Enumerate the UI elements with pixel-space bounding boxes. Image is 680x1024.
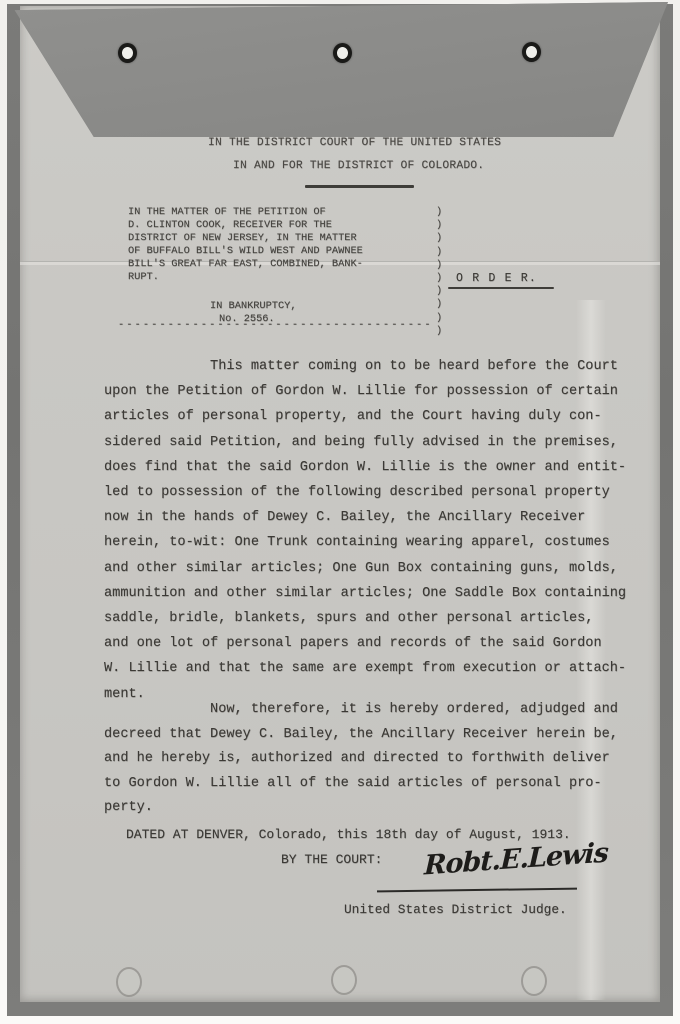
dark-top-flap xyxy=(8,2,668,137)
by-the-court-label: BY THE COURT: xyxy=(281,852,382,867)
punch-hole-top-center xyxy=(333,43,352,63)
punch-hole-bottom-right xyxy=(521,966,547,996)
bankruptcy-label: IN BANKRUPTCY, xyxy=(210,300,297,313)
caption-matter-text: IN THE MATTER OF THE PETITION OF D. CLIN… xyxy=(128,206,363,284)
punch-hole-bottom-left xyxy=(116,967,142,997)
punch-hole-top-left xyxy=(118,43,137,63)
judge-title: United States District Judge. xyxy=(344,902,567,917)
scanned-document-photo: IN THE DISTRICT COURT OF THE UNITED STAT… xyxy=(0,0,680,1024)
dated-line: DATED AT DENVER, Colorado, this 18th day… xyxy=(126,827,571,842)
punch-hole-bottom-center xyxy=(331,965,357,995)
caption-bracket-column: ) ) ) ) ) ) ) ) ) ) xyxy=(436,206,442,338)
caption-dashed-rule: -------------------------------------- xyxy=(118,319,433,332)
body-paragraph-2: Now, therefore, it is hereby ordered, ad… xyxy=(104,698,618,821)
punch-hole-top-right xyxy=(522,42,541,62)
order-label: O R D E R. xyxy=(456,272,537,285)
district-line: IN AND FOR THE DISTRICT OF COLORADO. xyxy=(233,160,484,172)
body-paragraph-1: This matter coming on to be heard before… xyxy=(104,354,626,707)
header-rule xyxy=(305,185,414,188)
order-underline xyxy=(448,287,554,289)
court-name-line: IN THE DISTRICT COURT OF THE UNITED STAT… xyxy=(208,137,501,149)
